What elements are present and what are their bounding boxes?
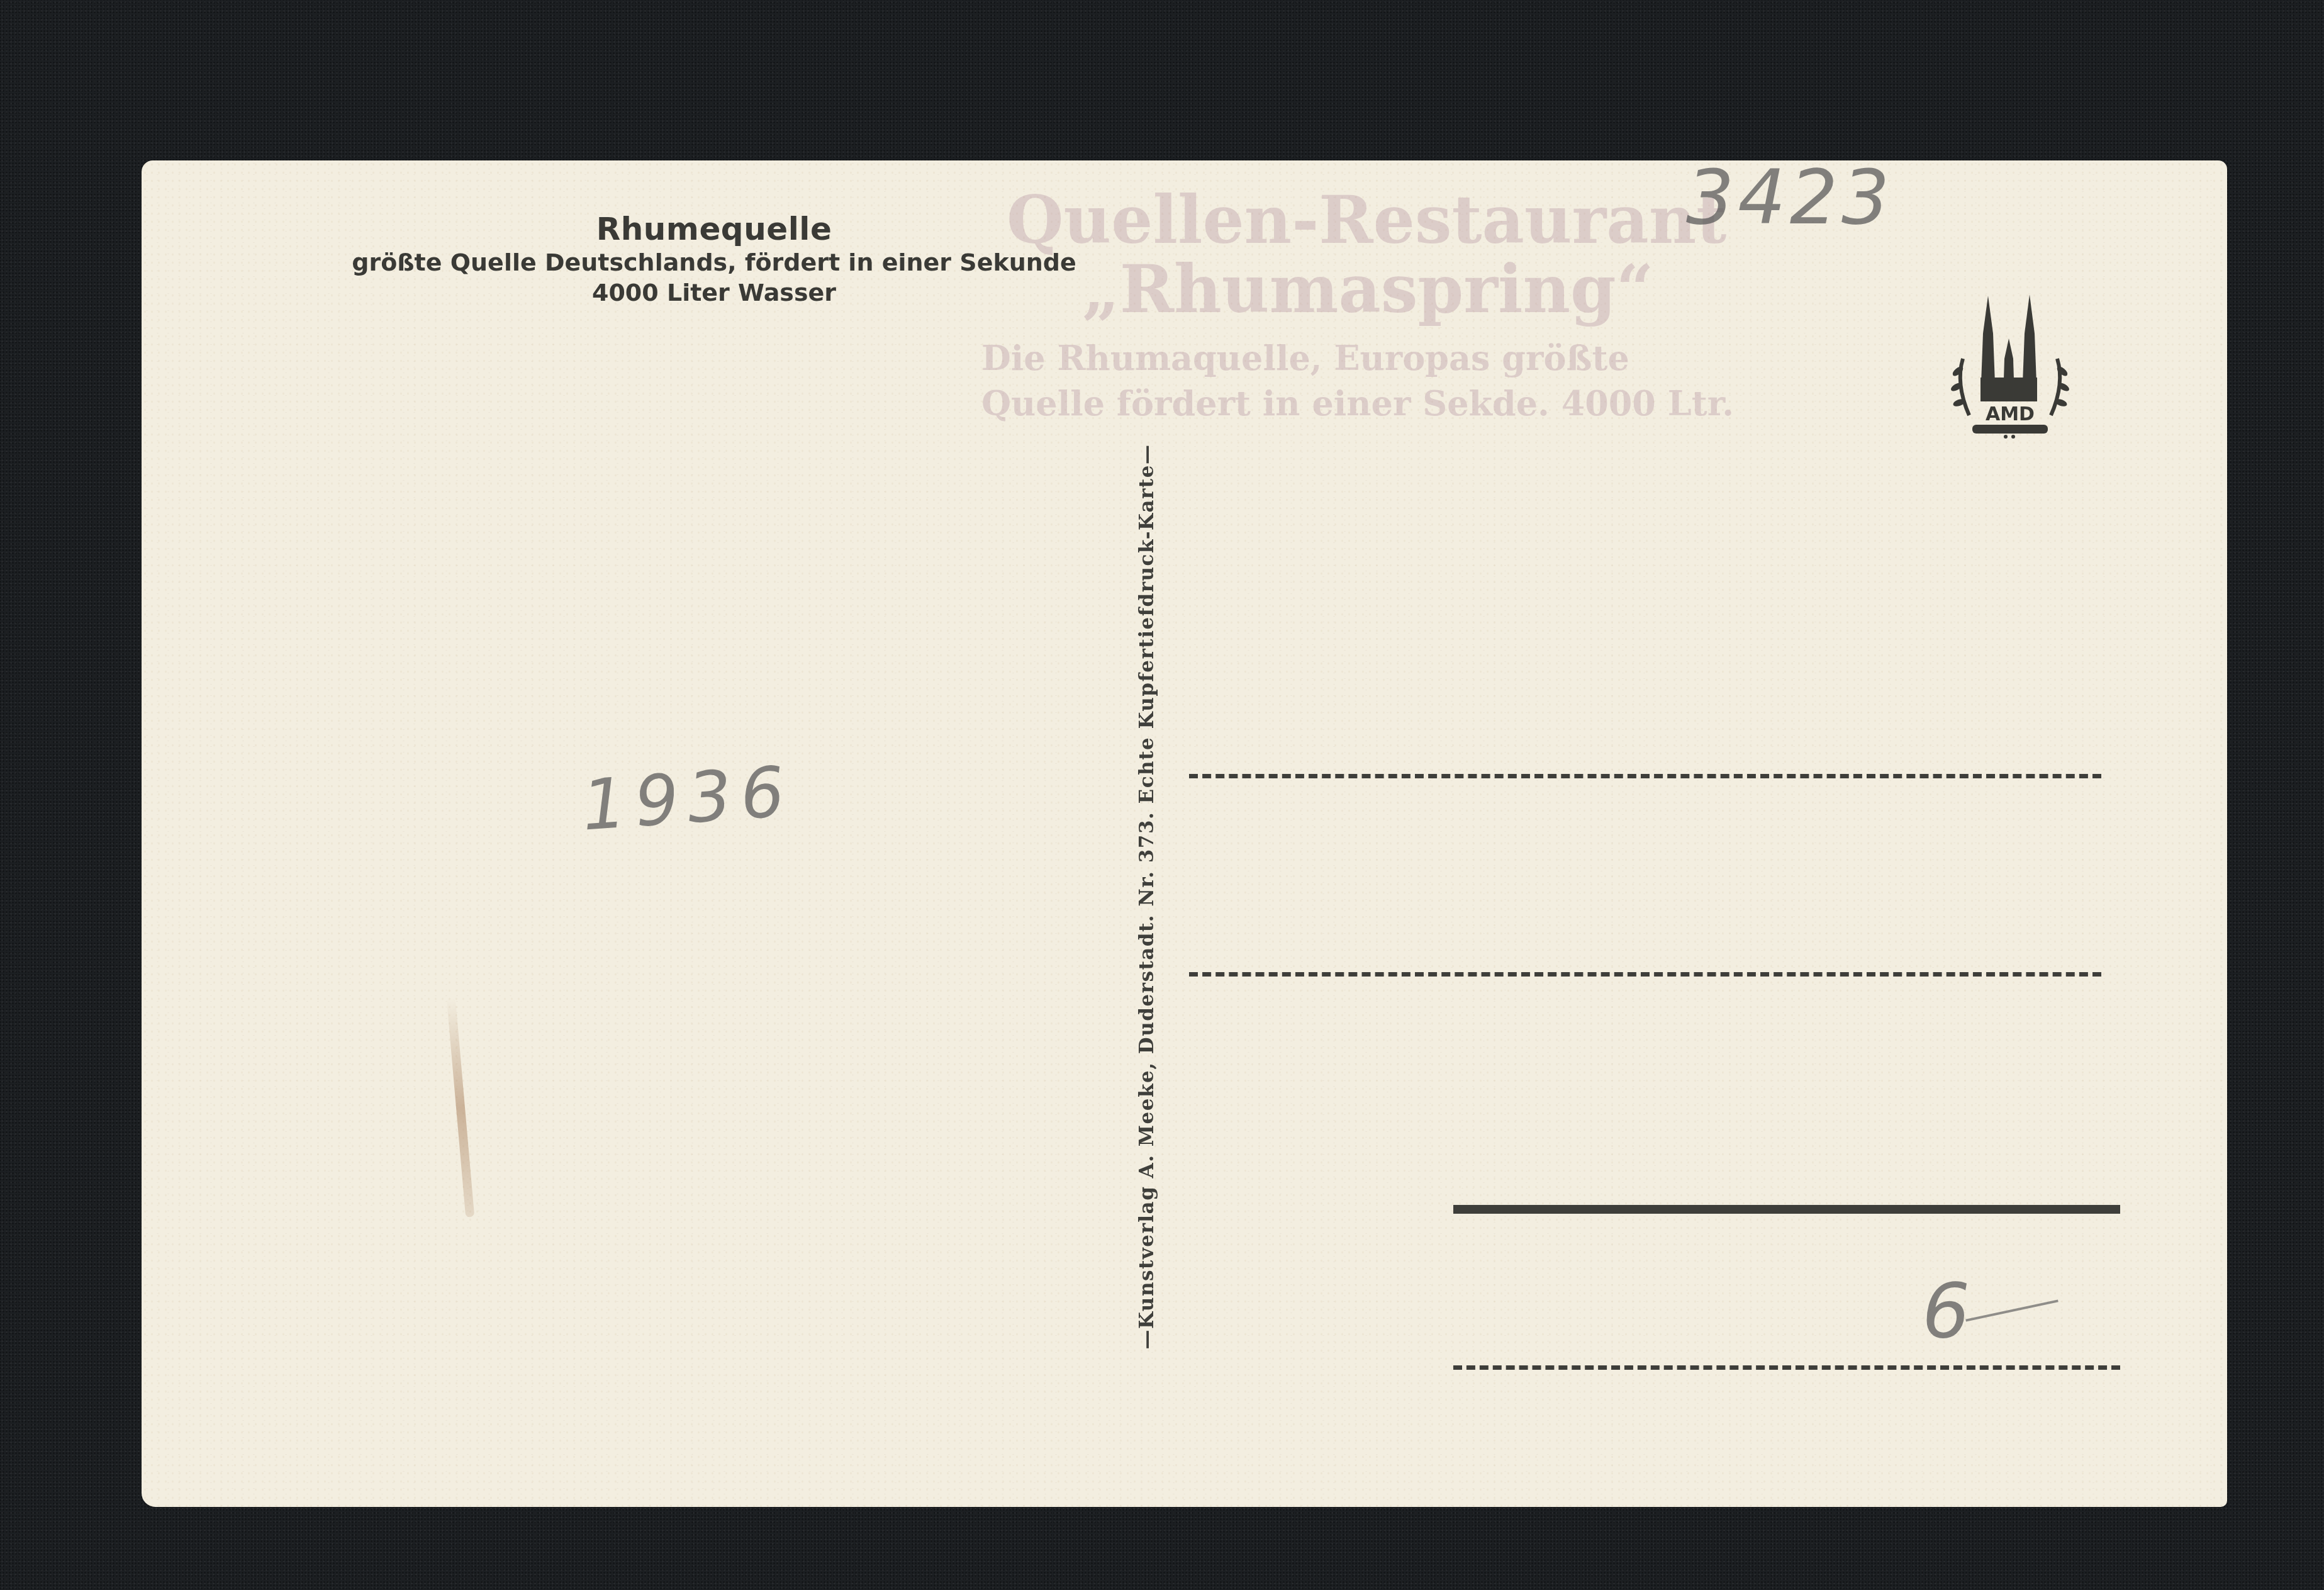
logo-monogram: AMD <box>1986 403 2035 425</box>
stamp-line-1: Quellen-Restaurant <box>1007 186 1734 255</box>
postcard-back: Rhumequelle größte Quelle Deutschlands, … <box>142 160 2227 1507</box>
address-line-4[interactable] <box>1453 1365 2120 1370</box>
publisher-divider-text: —Kunstverlag A. Meeke, Duderstadt. Nr. 3… <box>1136 418 1173 1375</box>
address-line-3[interactable] <box>1453 1205 2120 1214</box>
cathedral-wreath-logo-icon: AMD <box>1944 289 2076 440</box>
address-line-2[interactable] <box>1189 972 2101 977</box>
pencil-stroke <box>1966 1299 2059 1321</box>
stamp-line-4: Quelle fördert in einer Sekde. 4000 Ltr. <box>981 381 1734 426</box>
restaurant-stamp: Quellen-Restaurant „Rhumaspring“ Die Rhu… <box>981 186 1734 426</box>
pencil-reference-number: 3423 <box>1686 154 1893 242</box>
brown-smudge-mark <box>447 997 474 1218</box>
pencil-year: 1936 <box>579 751 796 846</box>
address-line-1[interactable] <box>1189 774 2101 778</box>
pencil-price: 6 <box>1922 1268 2059 1355</box>
stamp-line-3: Die Rhumaquelle, Europas größte <box>981 335 1734 381</box>
pencil-price-value: 6 <box>1922 1268 1970 1355</box>
stamp-line-2: „Rhumaspring“ <box>1082 255 1734 324</box>
